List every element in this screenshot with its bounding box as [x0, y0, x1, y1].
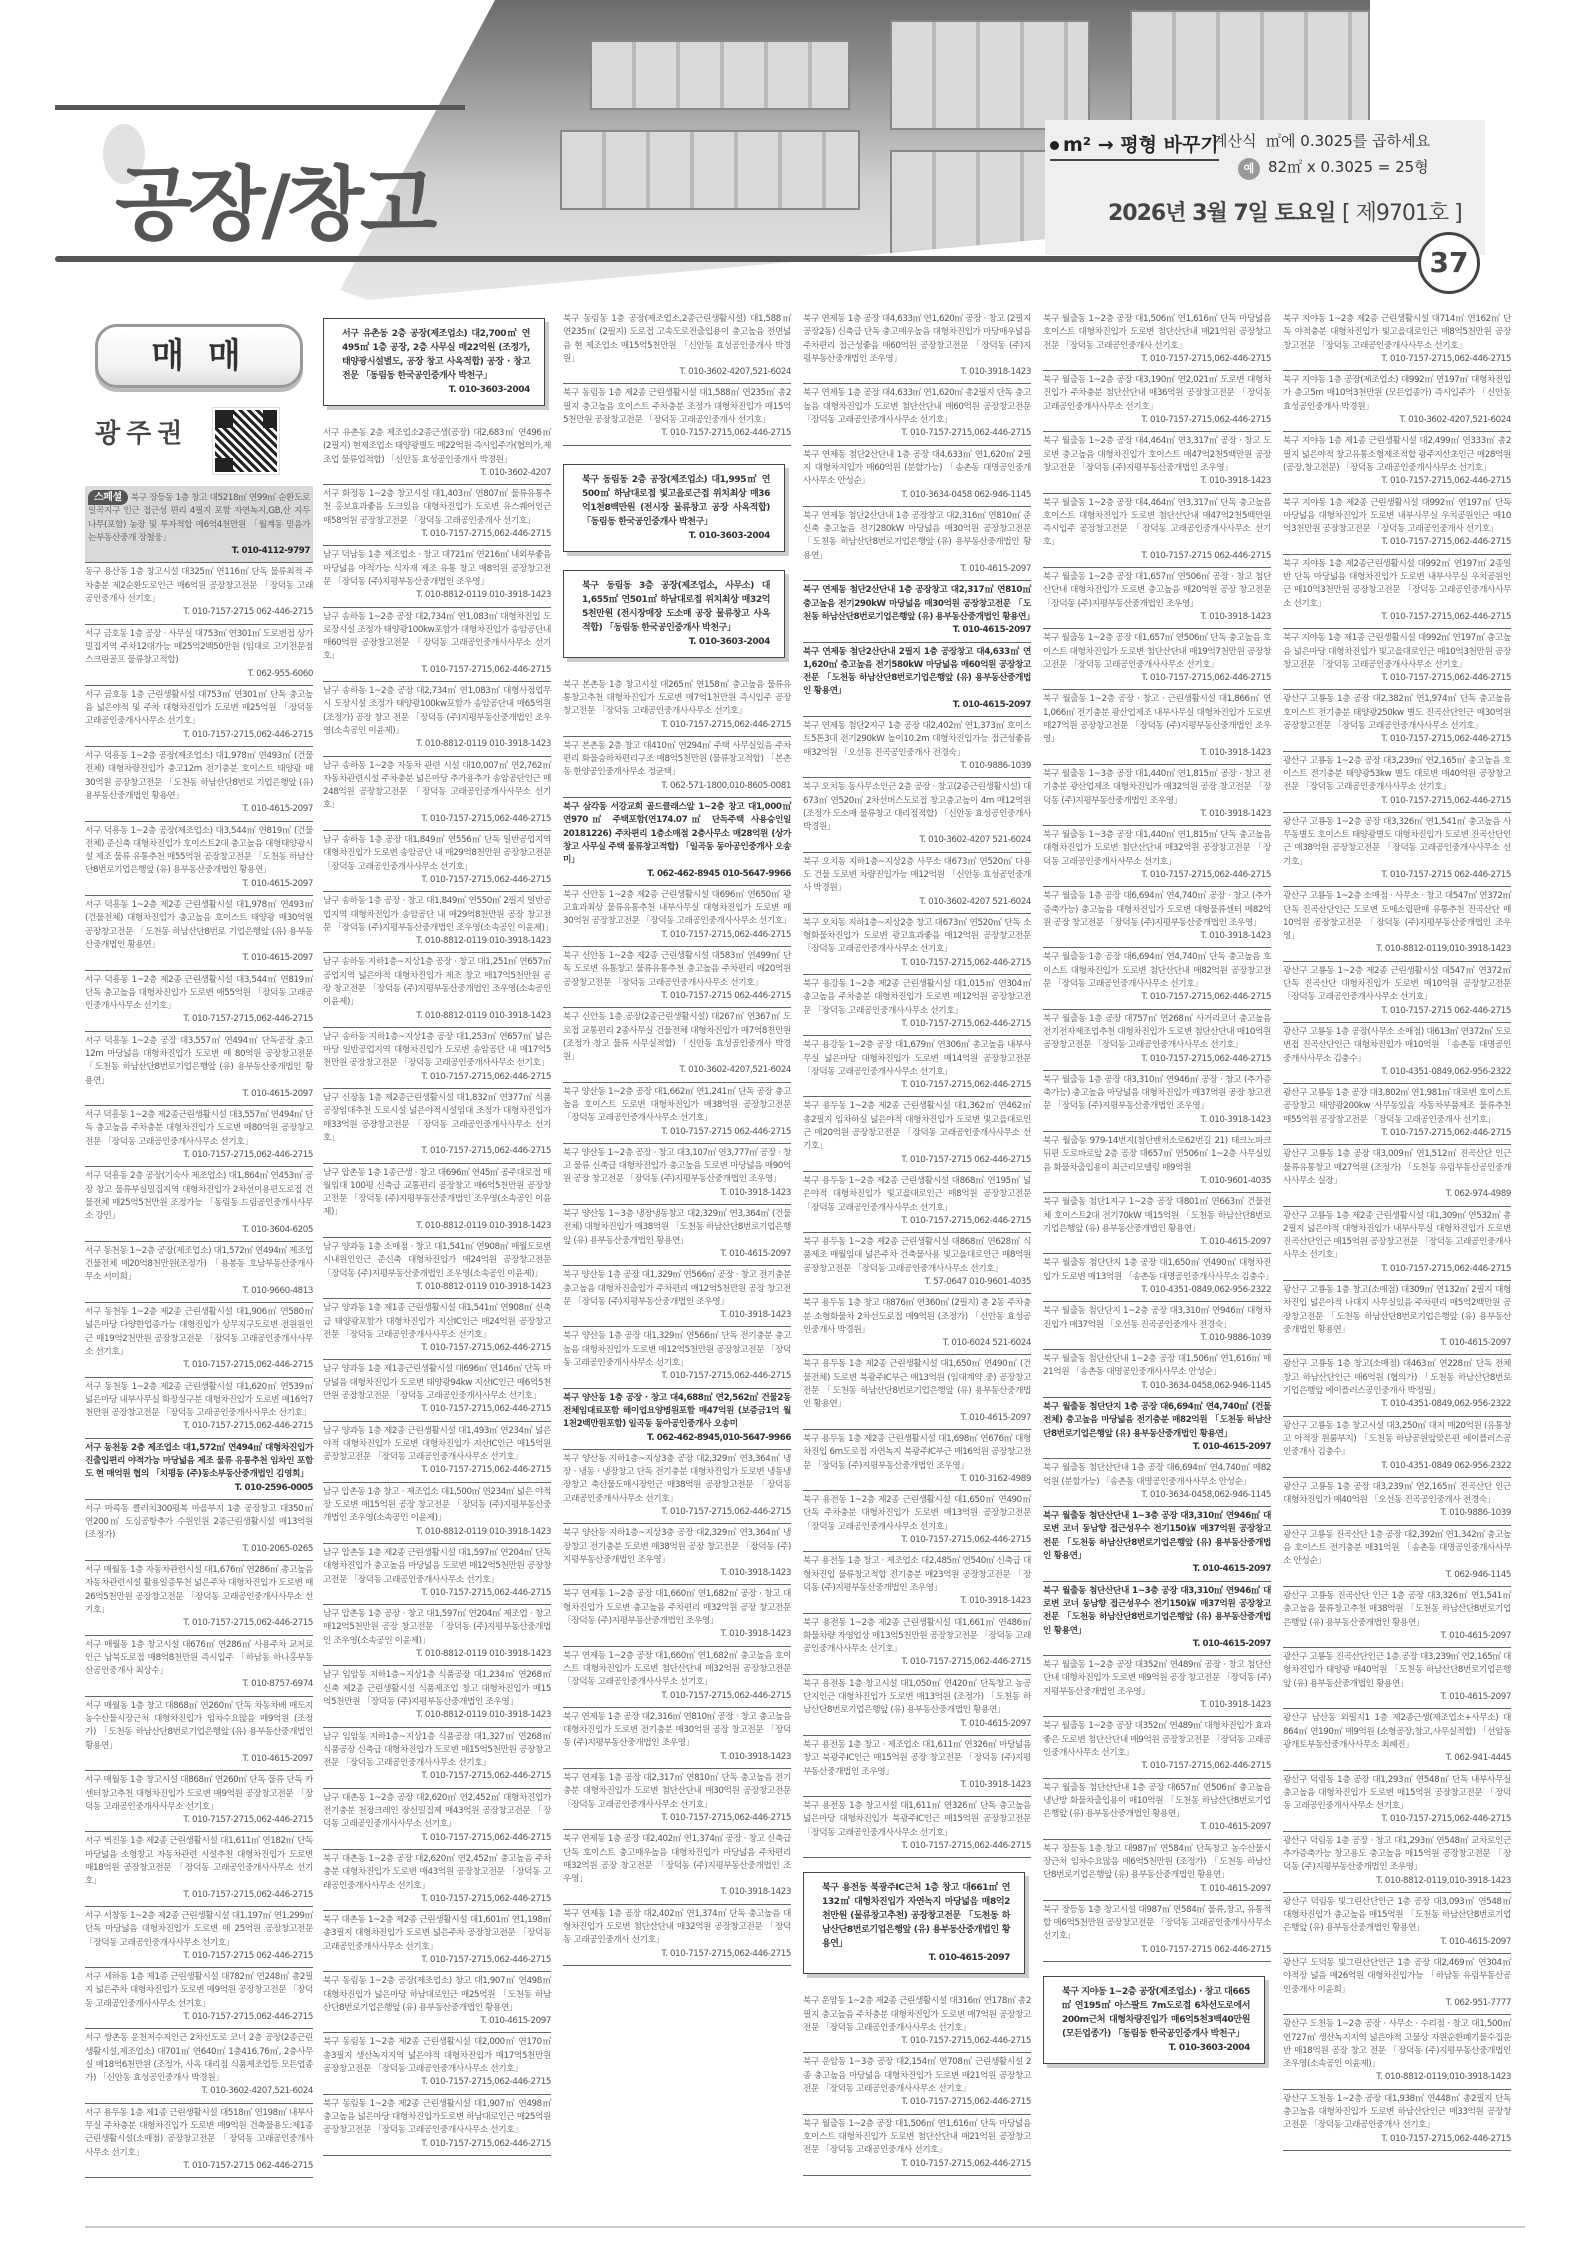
phone-number: T. 062-571-1800,010-8605-0081	[563, 780, 791, 793]
phone-number: T. 010-7157-2715,062-446-2715	[1283, 733, 1511, 746]
listing-item: 북구 연제동 1층 공장 대2,402㎡ 연1,374㎡ 공장 · 창고 신축급…	[563, 1830, 791, 1904]
listing-item: 남구 압촌동 1층 창고 · 제조업소 대1,500㎡ 연234㎡ 넓은 야적장…	[323, 1483, 551, 1544]
listing-item: 서구 덕흥동 1~2층 공장(제조업소) 대3,544㎡ 연819㎡ (건물전체…	[85, 822, 313, 896]
listing-item: 광산구 고룡동 1층 공장 대3,802㎡ 연1,981㎡ 대로변 호이스트 공…	[1283, 1084, 1511, 1145]
phone-number: T. 010-3603-2004	[342, 383, 530, 397]
listing-item: 광산구 고룡동 1~2층 제2종 근린생활시설 대547㎡ 연372㎡ 단독 진…	[1283, 962, 1511, 1023]
listing-text: 광산구 도천동 1~2층 공장 대1,938㎡ 연448㎡ 총2필지 단독 충고…	[1283, 2094, 1511, 2131]
listing-text: 서구 매월동 1층 자동차관련시설 대1,676㎡ 연286㎡ 총고높음 자동차…	[85, 1565, 313, 1615]
phone-number: T. 010-9886-1039	[803, 760, 1031, 773]
listing-item: 광산구 고룡동 1~2층 공장 대3,239㎡ 연2,165㎡ 충고높음 호이스…	[1283, 752, 1511, 813]
featured-listing: 북구 지야동 1~2층 공장(제조업소) · 창고 대665㎡ 연195㎡ 아스…	[1043, 1976, 1265, 2064]
phone-number: T. 010-7157-2715 062-446-2715	[1283, 1005, 1511, 1018]
listing-item: 북구 동림동 1~2층 제2종 근린생활시설 대1,907㎡ 연498㎡ 충고높…	[323, 2095, 551, 2156]
phone-number: T. 010-7157-2715,062-446-2715	[1043, 991, 1271, 1004]
listing-text: 광산구 고룡동 1층 공장 대3,802㎡ 연1,981㎡ 대로변 호이스트 공…	[1283, 1088, 1511, 1125]
listing-text: 북구 연제동 1층 공장 대4,633㎡ 연1,620㎡ 총2필지 단독 충고높…	[803, 388, 1031, 425]
listing-item: 광산구 고룡동 1층 공장 대2,382㎡ 연1,974㎡ 단독 충고높음 호이…	[1283, 690, 1511, 751]
phone-number: T. 010-4615-2097	[1043, 1883, 1271, 1896]
phone-number: T. 010-7157-2715,062-446-2715	[1283, 795, 1511, 808]
listing-text: 북구 월출동 첨단산단내 1~3층 공장 대3,310㎡ 연946㎡ 대로변 코…	[1043, 1586, 1271, 1636]
listing-item: 광산구 고룡동 진곡산단 1층 공장 대2,392㎡ 연1,342㎡ 충고높음 …	[1283, 1526, 1511, 1587]
featured-listing: 서구 유촌동 2층 공장(제조업소) 대2,700㎡ 연495㎡ 1층 공장, …	[323, 318, 545, 406]
listing-text: 광산구 고룡동 1~2층 공장 대3,326㎡ 연1,541㎡ 충고높음 사무동…	[1283, 817, 1511, 867]
phone-number: T. 010-3162-4989	[803, 1473, 1031, 1486]
phone-number: T. 010-3602-4207,521-6024	[563, 1064, 791, 1077]
listing-text: 북구 용전동 1층 창고 · 제조업소 대1,611㎡ 연326㎡ 마당넓음 창…	[803, 1740, 1031, 1777]
phone-number: T. 062-941-4445	[1283, 1752, 1511, 1765]
phone-number: T. 010-7157-2715,062-446-2715	[563, 427, 791, 440]
listing-item: 북구 용전동 1층 창고시설 대1,050㎡ 연420㎡ 단독창고 농공단지인근…	[803, 1675, 1031, 1736]
phone-number: T. 010-3634-0458 062-946-1145	[803, 489, 1031, 502]
listing-text: 광산구 고룡동 1~2층 제2종 근린생활시설 대547㎡ 연372㎡ 단독 진…	[1283, 966, 1511, 1003]
listing-text: 북구 월출동 979-14번지(첨단벤처소로62번길 21) 태크노파크뒤편 도…	[1043, 1136, 1271, 1173]
page-bottom-rule	[85, 2226, 1525, 2228]
listing-text: 남구 송하동 지하1층~지상1층 공장 · 창고 대1,251㎡ 연657㎡ 공…	[323, 957, 551, 1007]
listing-text: 광산구 고룡동 1층 창고(소매점) 대463㎡ 연228㎡ 단독 전체 창고 …	[1283, 1359, 1511, 1396]
listing-item: 북구 용전동 1~2층 제2종 근린생활시설 대1,661㎡ 연486㎡ 화물차…	[803, 1614, 1031, 1675]
phone-number: T. 010-7157-2715,062-446-2715	[85, 1359, 313, 1372]
listing-item: 북구 용강동 1~2층 공장 대1,679㎡ 연306㎡ 총고높음 내부사무실 …	[803, 1036, 1031, 1097]
listing-item: 북구 본촌동 1층 창고시설 대265㎡ 연158㎡ 충고높음 물류유통창고추천…	[563, 676, 791, 737]
phone-number: T. 010-4615-2097	[1283, 1691, 1511, 1704]
phone-number: T. 010-8812-0119 010-3918-1423	[323, 1526, 551, 1539]
listing-text: 북구 장등동 1층 창고시설 대987㎡ 연584㎡ 물류,창고, 유통적합 매…	[1043, 1905, 1271, 1942]
listing-item: 북구 월출동 1~2층 공장 대352㎡ 연489㎡ 공장 · 창고 첨단산단내…	[1043, 1656, 1271, 1717]
listing-text: 광산구 고룡동 1~2층 공장 대3,239㎡ 연2,165㎡ 충고높음 호이스…	[1283, 756, 1511, 793]
phone-number: T. 010-3602-4207,521-6024	[1283, 414, 1511, 427]
phone-number: T. 57-0647 010-9601-4035	[803, 1276, 1031, 1289]
phone-number: T. 010-7157-2715 062-446-2715	[803, 1154, 1031, 1167]
listing-text: 북구 용전동 1층 창고시설 대1,050㎡ 연420㎡ 단독창고 농공단지인근…	[803, 1679, 1031, 1716]
listing-text: 서구 덕흥동 2층 공장(기숙사 제조업소) 대1,864㎡ 연453㎡ 공장 …	[85, 1171, 313, 1221]
phone-number: T. 010-9601-4035	[1043, 1175, 1271, 1188]
listing-item: 북구 월출동 첨단단지 1층 공장 대6,694㎡ 연4,740㎡ (건물전체)…	[1043, 1398, 1271, 1459]
listing-item: 북구 신안동 1~2층 제2종 근린생활시설 대583㎡ 연499㎡ 단독 도로…	[563, 947, 791, 1008]
listing-item: 남구 양과동 1층 제1종근린생활시설 대696㎡ 연146㎡ 단독 마당넓음 …	[323, 1360, 551, 1421]
listing-item: 북구 지야동 1~2층 제2종 근린생활시설 대714㎡ 연162㎡ 단독 야적…	[1283, 310, 1511, 371]
phone-number: T. 010-7157-2715,062-446-2715	[803, 1656, 1031, 1669]
listing-item: 북구 대촌동 1~2층 제2종 근린생활시설 대1,601㎡ 연1,198㎡ 총…	[323, 1911, 551, 1972]
phone-number: T. 010-3918-1423	[1043, 475, 1271, 488]
listing-text: 서구 덕흥동 1~2층 공장(제조업소) 대1,978㎡ 연493㎡ (건물전체…	[85, 751, 313, 801]
phone-number: T. 010-3603-2004	[582, 529, 770, 543]
phone-number: T. 010-8812-0119 010-3918-1423	[323, 589, 551, 602]
listing-text: 서구 매월동 1층 창고시설 대868㎡ 연260㎡ 단독 물류 단독 카센터창…	[85, 1775, 313, 1812]
listing-text: 북구 월출동 1층 공장 대3,310㎡ 연946㎡ 공장 · 창고 (추가증축…	[1043, 1075, 1271, 1112]
listing-item: 광산구 고룡동 진곡산단인근 1층 공장 대3,239㎡ 연2,165㎡ 대형차…	[1283, 1648, 1511, 1709]
listing-item: 광산구 남산동 외필지1 1층 제2종근생(제조업소+사무소) 대864㎡ 연1…	[1283, 1709, 1511, 1770]
phone-number: T. 010-3918-1423	[1043, 1114, 1271, 1127]
listing-text: 남구 압촌동 1층 창고 · 제조업소 대1,500㎡ 연234㎡ 넓은 야적장…	[323, 1487, 551, 1524]
listing-text: 남구 양과동 1층 제2종 근린생활시설 대1,493㎡ 연234㎡ 넓은야적 …	[323, 1426, 551, 1463]
listing-item: 광산구 고룡동 1층 공장 대3,009㎡ 연1,512㎡ 진곡산단 인근 물류…	[1283, 1145, 1511, 1206]
listing-text: 남구 압촌동 1층 제2종 근린생활시설 대1,597㎡ 연204㎡ 단독 대형…	[323, 1548, 551, 1585]
qr-code-icon[interactable]	[213, 408, 279, 474]
phone-number: T. 010-7157-2715,062-446-2715	[803, 2035, 1031, 2048]
phone-number: T. 010-3602-4207	[323, 467, 551, 480]
listing-text: 서구 금호동 1층 공장 · 사무실 대753㎡ 연301㎡ 도로변접 상가밀집…	[85, 629, 313, 666]
listing-item: 북구 연제동 1층 공장 대2,402㎡ 연1,374㎡ 단독 충고높음 대형차…	[563, 1905, 791, 1966]
phone-number: T. 062-955-6060	[85, 668, 313, 681]
listing-item: 북구 지야동 1층 제1종 근린생활시설 대2,499㎡ 연333㎡ 총2필지 …	[1283, 432, 1511, 493]
phone-number: T. 010-3918-1423	[1043, 808, 1271, 821]
listing-text: 남구 송하동 1층 공장 · 창고 대1,849㎡ 연550㎡ 2필지 일반공업…	[323, 896, 553, 933]
listing-item: 북구 운암동 1~2층 제2종 근린생활시설 대316㎡ 연178㎡ 총2필지 …	[803, 1992, 1031, 2053]
listing-text: 북구 연제동 첨단2산단내 1층 공장창고 대2,317㎡ 연810㎡ 충고높음…	[803, 585, 1034, 622]
phone-number: T. 010-4615-2097	[803, 1718, 1031, 1731]
listing-item: 북구 월출동 1층 공장 대6,694㎡ 연4,740㎡ 단독 충고높음 호이스…	[1043, 948, 1271, 1009]
listing-item: 북구 월출동 1~2층 공장 대1,657㎡ 연506㎡ 공장 · 창고 첨단산…	[1043, 568, 1271, 629]
phone-number: T. 010-7157-2715,062-446-2715	[85, 2011, 313, 2024]
listing-text: 북구 양산동 1층 공장 대1,329㎡ 연566㎡ 공장 · 창고 전기충분 …	[563, 1270, 791, 1307]
phone-number: T. 010-7157-2715,062-446-2715	[563, 719, 791, 732]
listing-text: 서구 동천동 1~2층 공장(제조업소) 대1,572㎡ 연494㎡ 제조업 건…	[85, 1246, 313, 1283]
listing-item: 서구 덕흥동 1~2층 제2종 근린생활시설 대3,544㎡ 연819㎡ 단독 …	[85, 971, 313, 1032]
phone-number: T. 010-8812-0119,010-3918-1423	[1283, 1875, 1511, 1888]
listing-item: 서구 덕흥동 2층 공장(기숙사 제조업소) 대1,864㎡ 연453㎡ 공장 …	[85, 1167, 313, 1241]
listing-text: 서구 유촌동 2층 제조업소2종근생(공장) 대2,683㎡ 연496㎡ (2필…	[323, 428, 551, 465]
listing-item: 광산구 고룡동 1층 창고(소매점) 대463㎡ 연228㎡ 단독 전체 창고 …	[1283, 1355, 1511, 1416]
issue-date: 2026년 3월 7일 토요일 [ 제9701호 ]	[1108, 196, 1462, 227]
phone-number: T. 010-4615-2097	[1043, 1821, 1271, 1834]
listing-text: 광산구 덕림동 빛그린산단인근 1층 공장 대3,093㎡ 연548㎡ 대형차진…	[1283, 1897, 1511, 1934]
listing-item: 서구 쌍촌동 운천저수지인근 2차선도로 코너 2층 공장(2종근린생활시설,제…	[85, 2029, 313, 2103]
listing-text: 북구 용두동 1~2층 제2종 근린생활시설 대868㎡ 연195㎡ 넓은야적 …	[803, 1176, 1031, 1213]
phone-number: T. 010-7157-2715,062-446-2715	[323, 813, 551, 826]
listing-text: 광산구 고룡동 진곡산단인근 1층 공장 대3,239㎡ 연2,165㎡ 대형차…	[1283, 1652, 1511, 1689]
listing-text: 북구 연제동 1층 공장 대2,402㎡ 연1,374㎡ 단독 충고높음 대형차…	[563, 1909, 791, 1946]
phone-number: T. 010-7157-2715,062-446-2715	[1283, 353, 1511, 366]
listing-item: 북구 월출동 첨단산단내 1~3층 공장 대3,310㎡ 연946㎡ 대로변 코…	[1043, 1507, 1271, 1581]
phone-number: T. 010-3602-4207 521-6024	[803, 834, 1031, 847]
phone-number: T. 010-9886-1039	[1043, 1332, 1271, 1345]
listing-text: 광산구 고룡동 1층 공장(사무소 소매점) 대613㎡ 연372㎡ 도로변접 …	[1283, 1027, 1511, 1064]
listing-text: 서구 마륵동 클러치300평복 마을부지 1층 공장창고 대350㎡ 연200㎡…	[85, 1504, 313, 1541]
listing-text: 남구 대촌동 1~2층 공장 대2,620㎡ 연2,452㎡ 대형차진입가 전기…	[323, 1793, 551, 1830]
listing-text: 북구 월출동 1~2층 공장 · 창고 · 근린생활시설 대1,866㎡ 연1,…	[1043, 694, 1271, 744]
listing-item: 북구 월출동 첨단단지 1층 공장 대1,650㎡ 연490㎡ 대형차진입가 도…	[1043, 1254, 1271, 1302]
column-5: 북구 월출동 1~2층 공장 대1,506㎡ 연1,616㎡ 단독 마당넓음 호…	[1043, 310, 1271, 2082]
phone-number: T. 010-4615-2097	[803, 624, 1031, 637]
phone-number: T. 010-7157-2715,062-446-2715	[1043, 414, 1271, 427]
listing-item: 남구 양과동 1층 제2종 근린생활시설 대1,493㎡ 연234㎡ 넓은야적 …	[323, 1422, 551, 1483]
phone-number: T. 010-7157-2715,062-446-2715	[563, 929, 791, 942]
listing-item: 남구 송하동 1~2층 공장 대2,734㎡ 연1,083㎡ 대형사정업무시 도…	[323, 682, 551, 756]
listing-text: 서구 서창동 1~2층 제2종 근린생활시설 대1,197㎡ 연1,299㎡ 단…	[85, 1911, 313, 1948]
phone-number: T. 010-7157-2715,062-446-2715	[323, 1145, 551, 1158]
listing-item: 광산구 도천동 1~2층 공장 대1,938㎡ 연448㎡ 총2필지 단독 충고…	[1283, 2090, 1511, 2151]
column-4: 북구 연제동 1층 공장 대4,633㎡ 연1,620㎡ 공장 · 창고 (2필…	[803, 310, 1031, 2176]
listing-text: 북구 월출동 1~2층 공장 대1,506㎡ 연1,616㎡ 단독 마당넓음 호…	[803, 2119, 1031, 2156]
phone-number: T. 010-9886-1039	[1283, 1507, 1511, 1520]
phone-number: T. 010-4615-2097	[1283, 1936, 1511, 1949]
listing-item: 북구 장등동 1층 창고 대987㎡ 연584㎡ 단독창고 농수산물시장근처 임…	[1043, 1840, 1271, 1901]
phone-number: T. 010-3634-0458,062-946-1145	[1043, 1489, 1271, 1502]
phone-number: T. 010-6024 521-6024	[803, 1337, 1031, 1350]
listing-item: 서구 매월동 1층 자동차관련시설 대1,676㎡ 연286㎡ 총고높음 자동차…	[85, 1561, 313, 1635]
listing-text: 북구 용두동 1층 제2종 근린생활시설 대1,650㎡ 연490㎡ (건물전체…	[803, 1359, 1031, 1409]
phone-number: T. 062-951-7777	[1283, 1997, 1511, 2010]
special-badge: 스페셜	[88, 490, 128, 505]
listing-item: 남구 양과동 1층 소매점 · 창고 대1,541㎡ 연908㎡ 매월도로변 시…	[323, 1238, 551, 1299]
listing-text: 북구 용전동 1~2층 제2종 근린생활시설 대1,661㎡ 연486㎡ 화물차…	[803, 1618, 1031, 1655]
listing-text: 광산구 고룡동 1층 공장 대3,239㎡ 연2,165㎡ 진곡산단 인근 대형…	[1283, 1482, 1511, 1505]
phone-number: T. 010-3603-2004	[1062, 2041, 1250, 2055]
phone-number: T. 010-7157-2715,062-446-2715	[85, 1420, 313, 1433]
listing-text: 서구 동천동 1~2층 제2종 근린생활시설 대1,906㎡ 연580㎡ 넓은마…	[85, 1307, 313, 1357]
phone-number: T. 010-3918-1423	[563, 1751, 791, 1764]
phone-number: T. 010-7157-2715 062-446-2715	[1043, 1944, 1271, 1957]
phone-number: T. 010-7157-2715,062-446-2715	[1283, 2133, 1511, 2146]
listing-item: 서구 금호동 1층 근린생활시설 대753㎡ 연301㎡ 단독 충고높음 넓은야…	[85, 686, 313, 747]
region-name: 광주권	[95, 428, 188, 441]
listing-text: 북구 월출동 첨단단지 1층 공장 대1,650㎡ 연490㎡ 대형차진입가 도…	[1043, 1258, 1273, 1281]
listing-item: 북구 월출동 1~2층 공장 대1,657㎡ 연506㎡ 단독 충고높음 호이스…	[1043, 629, 1271, 690]
phone-number: T. 010-7157-2715,062-446-2715	[323, 528, 551, 541]
listing-text: 북구 운암동 1~2층 제2종 근린생활시설 대316㎡ 연178㎡ 총2필지 …	[803, 1996, 1031, 2033]
listing-item: 북구 연제동 첨단2지구 1층 공장 대2,402㎡ 연1,373㎡ 호이스트5…	[803, 717, 1031, 778]
listing-text: 북구 월출동 1~2층 공장 대1,506㎡ 연1,616㎡ 단독 마당넓음 호…	[1043, 314, 1271, 351]
phone-number: T. 010-4351-0849 062-956-2322	[1283, 1460, 1511, 1473]
listing-text: 남구 압촌동 1층 1종근생 · 창고 대696㎡ 연45㎡ 공주대로접 매월임…	[323, 1168, 551, 1218]
listings-area: 매 매 광주권 스페셜북구 장등동 1층 창고 대5218㎡ 연99㎡ 순환도로…	[85, 310, 1525, 2220]
phone-number: T. 010-7157-2715,062-446-2715	[85, 1617, 313, 1630]
listing-group: 서구 유촌동 2층 제조업소2종근생(공장) 대2,683㎡ 연496㎡ (2필…	[323, 424, 551, 2156]
listing-item: 북구 양산동 지하1층~지상3층 공장 대2,329㎡ 연3,364㎡ 냉장창고…	[563, 1524, 791, 1585]
listing-text: 광산구 고룡동 1~2층 소매점 · 사무소 · 창고 대547㎡ 연372㎡ …	[1283, 891, 1511, 941]
listing-item: 북구 지야동 1층 제2종근린생활시설 대992㎡ 연197㎡ 2종일반 단독 …	[1283, 555, 1511, 629]
phone-number: T. 010-4615-2097	[1043, 1638, 1271, 1651]
phone-number: T. 010-7157-2715,062-446-2715	[803, 2158, 1031, 2171]
phone-number: T. 010-7157-2715,062-446-2715	[85, 729, 313, 742]
listing-item: 북구 용전동 1층 창고 · 제조업소 대1,611㎡ 연326㎡ 마당넓음 창…	[803, 1736, 1031, 1797]
listing-item: 북구 월출동 1~2층 공장 대3,190㎡ 연2,021㎡ 도로변 대형차진입…	[1043, 371, 1271, 432]
listing-text: 북구 연제동 첨단2산단내 1층 공장창고 대2,316㎡ 연810㎡ 준신축 …	[803, 511, 1031, 561]
issue-number: [ 제9701호 ]	[1342, 201, 1462, 226]
phone-number: T. 010-8757-6974	[85, 1678, 313, 1691]
phone-number: T. 010-2596-0005	[85, 1482, 313, 1495]
listing-item: 북구 용두동 1~2층 제2종 근린생활시설 대868㎡ 연628㎡ 식품제조 …	[803, 1233, 1031, 1294]
featured-listing: 북구 동림동 3층 공장(제조업소, 사무소) 대1,655㎡ 연501㎡ 하남…	[563, 570, 785, 658]
phone-number: T. 010-7157-2715,062-446-2715	[85, 1013, 313, 1026]
phone-number: T. 010-3918-1423	[563, 1567, 791, 1580]
featured-listing: 북구 동림동 2층 공장(제조업소) 대1,995㎡ 연500㎡ 하남대로접 빛…	[563, 464, 785, 552]
phone-number: T. 010-4615-2097	[85, 803, 313, 816]
phone-number: T. 010-3918-1423	[803, 366, 1031, 379]
phone-number: T. 010-7157-2715 062-446-2715	[563, 1126, 791, 1139]
listing-item: 북구 연제동 1~2층 공장 대1,660㎡ 연1,682㎡ 충고높음 호이스트…	[563, 1647, 791, 1708]
listing-item: 광산구 덕림동 1층 공장 대1,293㎡ 연548㎡ 단독 내부사무실 충고높…	[1283, 1771, 1511, 1832]
phone-number: T. 010-4615-2097	[85, 952, 313, 965]
phone-number: T. 010-7157-2715,062-446-2715	[323, 1770, 551, 1783]
phone-number: T. 010-7157-2715,062-446-2715	[323, 1954, 551, 1967]
listing-text: 북구 월출동 첨단단지 1층 공장 대6,694㎡ 연4,740㎡ (건물전체)…	[1043, 1402, 1271, 1439]
listing-item: 광산구 고룡동 1층 창고시설 대3,250㎡ 대지 매20억원 (유통창고 아…	[1283, 1417, 1511, 1478]
listing-item: 북구 연제동 첨단2산단내 1층 공장창고 대2,316㎡ 연810㎡ 준신축 …	[803, 507, 1031, 581]
listing-item: 북구 대촌동 1~2층 공장 대2,620㎡ 연2,452㎡ 충고높음 주차충분…	[323, 1850, 551, 1911]
listing-text: 북구 월출동 첨단산단내 1층 공장 대657㎡ 연506㎡ 충고높음 냉난방 …	[1043, 1783, 1271, 1820]
phone-number: T. 010-7157-2715,062-446-2715	[563, 1948, 791, 1961]
phone-number: T. 010-4615-2097	[822, 1951, 1010, 1965]
listing-text: 북구 월출동 1~2층 공장 대352㎡ 연489㎡ 공장 · 창고 첨단산단내…	[1043, 1660, 1271, 1697]
featured-listing: 북구 용전동 북광주IC근처 1층 창고 대661㎡ 연132㎡ 대형차진입가 …	[803, 1872, 1025, 1974]
listing-text: 서구 동천동 1~2층 제2종 근린생활시설 대1,620㎡ 연539㎡ 넓은마…	[85, 1382, 313, 1419]
listing-text: 서구 동천동 2층 제조업소 대1,572㎡ 연494㎡ 대형차진입가 진출입편…	[85, 1443, 313, 1480]
example-badge-icon: 예	[1238, 158, 1260, 180]
phone-number: T. 010-8812-0119 010-3918-1423	[323, 1709, 551, 1722]
listing-text: 북구 오치동 지하1층~지상2층 사무소 대673㎡ 연520㎡ 다용도 건물 …	[803, 857, 1031, 894]
listing-text: 북구 용두동 1~2층 제2종 근린생활시설 대868㎡ 연628㎡ 식품제조 …	[803, 1237, 1031, 1274]
listing-item: 북구 양산동 1층 공장 대1,329㎡ 연566㎡ 공장 · 창고 전기충분 …	[563, 1266, 791, 1327]
listing-item: 북구 월출동 첨단단지 1~2층 공장 대3,310㎡ 연946㎡ 대형차진입가…	[1043, 1302, 1271, 1350]
phone-number: T. 010-7157-2715,062-446-2715	[803, 1215, 1031, 1228]
listing-item: 서구 세하동 1층 제1종 근린생활시설 대782㎡ 연248㎡ 총2필지 넓은…	[85, 1968, 313, 2029]
listing-text: 북구 연제동 첨단2지구 1층 공장 대2,402㎡ 연1,373㎡ 호이스트5…	[803, 721, 1031, 758]
listing-item: 광산구 고룡동 1층 공장(사무소 소매점) 대613㎡ 연372㎡ 도로변접 …	[1283, 1023, 1511, 1084]
phone-number: T. 010-4615-2097	[563, 1248, 791, 1261]
listing-text: 북구 오치동 지하1층~지상2층 창고 대673㎡ 연520㎡ 단독 소형화물차…	[803, 918, 1031, 955]
phone-number: T. 010-7157-2715,062-446-2715	[1043, 1053, 1271, 1066]
sale-category-label: 매 매	[95, 324, 303, 388]
phone-number: T. 010-3602-4207 521-6024	[803, 896, 1031, 909]
phone-number: T. 010-8812-0119 010-3918-1423	[323, 1010, 551, 1023]
listing-text: 서구 쌍촌동 운천저수지인근 2차선도로 코너 2층 공장(2종근린생활시설,제…	[85, 2033, 313, 2083]
listing-text: 남구 압촌동 1층 공장 · 창고 대1,597㎡ 연204㎡ 제조업 · 창고…	[323, 1609, 551, 1646]
listing-item: 북구 장등동 1층 창고시설 대987㎡ 연584㎡ 물류,창고, 유통적합 매…	[1043, 1901, 1271, 1962]
listing-text: 북구 월출동 첨단단지 1~2층 공장 대3,310㎡ 연946㎡ 대형차진입가…	[1043, 1306, 1271, 1329]
listing-text: 북구 지야동 1층 제2종 근린생활시설 대992㎡ 연197㎡ 단독 마당넓음…	[1283, 498, 1511, 535]
listing-item: 서구 벽진동 1층 제2종 근린생활시설 대1,611㎡ 연182㎡ 단독 마당…	[85, 1832, 313, 1906]
listing-text: 광산구 도덕동 빛그린산단인근 1층 공장 대2,469㎡ 연304㎡ 야적장 …	[1283, 1958, 1511, 1995]
listing-item: 북구 월출동 1~3층 공장 대1,440㎡ 연1,815㎡ 공장 · 창고 전…	[1043, 765, 1271, 826]
listing-item: 광산구 고룡동 진곡산단 인근 1층 공장 대3,326㎡ 연1,541㎡ 충고…	[1283, 1587, 1511, 1648]
listing-text: 북구 연제동 첨단2산단내 1층 공장 대4,633㎡ 연1,620㎡ 2필지 …	[803, 450, 1031, 487]
listing-item: 서구 화정동 1~2층 창고시설 대1,403㎡ 연807㎡ 물류유통추천 홍보…	[323, 485, 551, 546]
phone-number: T. 010-7157-2715,062-446-2715	[803, 2096, 1031, 2109]
listing-text: 북구 장등동 1층 창고 대987㎡ 연584㎡ 단독창고 농수산물시장근처 임…	[1043, 1844, 1271, 1881]
listing-text: 북구 신안동 1~2층 제2종 근린생활시설 대583㎡ 연499㎡ 단독 도로…	[563, 951, 791, 988]
phone-number: T. 010-8812-0119,010-3918-1423	[1283, 2071, 1511, 2084]
section-title: 공장/창고	[115, 140, 433, 255]
listing-item: 북구 동림동 1층 공장(제조업소,2종근린생활시설) 대1,588㎡ 연235…	[563, 310, 791, 384]
listing-item: 북구 용두동 1층 창고 대876㎡ 연360㎡ (2필지) 총 2동 주차충분…	[803, 1294, 1031, 1355]
listing-item: 북구 월출동 979-14번지(첨단벤처소로62번길 21) 태크노파크뒤편 도…	[1043, 1132, 1271, 1193]
listing-item: 서구 매월동 1층 창고 대868㎡ 연260㎡ 단독 차동차배 매도지 농수산…	[85, 1697, 313, 1771]
conversion-example: 예82㎡ x 0.3025 = 25형	[1238, 156, 1429, 180]
listing-text: 북구 월출동 1~2층 공장 대4,464㎡ 연3,317㎡ 단독 충고높음 호…	[1043, 498, 1271, 548]
listing-text: 북구 연제동 첨단2산단내 2필지 1층 공장창고 대4,633㎡ 연1,620…	[803, 647, 1031, 697]
phone-number: T. 010-8812-0119 010-3918-1423	[323, 1648, 551, 1661]
listing-item: 북구 양산동 1층 공장 · 창고 대4,688㎡ 연2,562㎡ 건물2동 전…	[563, 1389, 791, 1450]
listing-text: 북구 월출동 1~2층 공장 대3,190㎡ 연2,021㎡ 도로변 대형차진입…	[1043, 375, 1271, 412]
listing-item: 북구 연제동 첨단2산단내 2필지 1층 공장창고 대4,633㎡ 연1,620…	[803, 643, 1031, 717]
phone-number: T. 010-7157-2715,062-446-2715	[323, 1403, 551, 1416]
phone-number: T. 010-4615-2097	[803, 563, 1031, 576]
listing-text: 북구 양산동 지하1층~지상3층 공장 대2,329㎡ 연3,364㎡ 냉장창고…	[563, 1528, 791, 1565]
listing-item: 북구 월출동 첨단산단내 1~2층 공장 대1,506㎡ 연1,616㎡ 매21…	[1043, 1350, 1271, 1398]
listing-item: 북구 양산동 1층 공장 대1,329㎡ 연566㎡ 단독 전기충분 충고높음 …	[563, 1327, 791, 1388]
phone-number: T. 010-7157-2715,062-446-2715	[323, 1832, 551, 1845]
listing-text: 북구 본촌동 2층 창고 대410㎡ 연294㎡ 주택 사무실있음 주차편리 화…	[563, 741, 791, 778]
listing-text: 북구 동림동 1~2층 제2종 근린생활시설 대2,000㎡ 연170㎡ 총3필…	[323, 2037, 551, 2074]
listing-item: 남구 압촌동 1층 공장 · 창고 대1,597㎡ 연204㎡ 제조업 · 창고…	[323, 1605, 551, 1666]
listing-text: 북구 연제동 1층 공장 대2,317㎡ 연810㎡ 단독 충고높음 전기충분 …	[563, 1773, 791, 1810]
phone-number: T. 010-2065-0265	[85, 1543, 313, 1556]
phone-number: T. 010-4615-2097	[1043, 1441, 1271, 1454]
listing-item: 북구 오치동 지하1층~지상2층 사무소 대673㎡ 연520㎡ 다용도 건물 …	[803, 853, 1031, 914]
listing-item: 북구 월출동 1~3층 공장 대1,440㎡ 연1,815㎡ 단독 충고높음 대…	[1043, 826, 1271, 887]
listing-text: 북구 양산동 1~3층 냉장냉동창고 대2,329㎡ 연3,364㎡ (건물전체…	[563, 1209, 791, 1246]
listing-text: 광산구 고룡동 1층 공장 대3,009㎡ 연1,512㎡ 진곡산단 인근 물류…	[1283, 1149, 1511, 1186]
listing-text: 북구 용전동 1층 창고 · 제조업소 대2,485㎡ 연540㎡ 신축급 대형…	[803, 1556, 1031, 1593]
phone-number: T. 010-4615-2097	[803, 1412, 1031, 1425]
listing-text: 북구 연제동 1~2층 공장 대1,660㎡ 연1,682㎡ 공장 · 창고 대…	[563, 1589, 791, 1626]
listing-text: 남구 양과동 1층 소매점 · 창고 대1,541㎡ 연908㎡ 매월도로변 시…	[323, 1242, 551, 1279]
phone-number: T. 010-7157-2715,062-446-2715	[563, 1812, 791, 1825]
listing-group: 북구 본촌동 1층 창고시설 대265㎡ 연158㎡ 충고높음 물류유통창고추천…	[563, 676, 791, 1966]
listing-text: 광산구 남산동 외필지1 1층 제2종근생(제조업소+사무소) 대864㎡ 연1…	[1283, 1713, 1511, 1750]
phone-number: T. 010-4351-0849,062-956-2322	[1283, 1066, 1511, 1079]
phone-number: T. 010-7157-2715,062-446-2715	[323, 664, 551, 677]
listing-text: 북구 월출동 1~2층 공장 대1,657㎡ 연506㎡ 공장 · 창고 첨단산…	[1043, 572, 1271, 609]
listing-item: 북구 월출동 1층 공장 대757㎡ 연268㎡ 사거리코너 충고높음 전기전자…	[1043, 1010, 1271, 1071]
phone-number: T. 010-4615-2097	[1283, 1630, 1511, 1643]
listing-text: 북구 신안동 1~2층 제2종 근린생활시설 대696㎡ 연650㎡ 광고효과최…	[563, 890, 791, 927]
listing-text: 북구 양산동 1층 공장 · 창고 대4,688㎡ 연2,562㎡ 건물2동 전…	[563, 1393, 791, 1430]
listing-item: 북구 지야동 1층 제1종 근린생활시설 대992㎡ 연197㎡ 충고높음 넓은…	[1283, 629, 1511, 690]
phone-number: T. 010-7157-2715,062-446-2715	[803, 1840, 1031, 1853]
listing-text: 광산구 고룡동 1층 창고시설 대3,250㎡ 대지 매20억원 (유통창고 아…	[1283, 1421, 1511, 1458]
listing-item: 북구 연제동 1층 공장 대4,633㎡ 연1,620㎡ 공장 · 창고 (2필…	[803, 310, 1031, 384]
listing-text: 서구 덕흥동 1~2층 제2종 근린생활시설 대3,544㎡ 연819㎡ 단독 …	[85, 975, 313, 1012]
listing-text: 남구 송하동 1층 공장 대1,849㎡ 연556㎡ 단독 일반공업지역 대형차…	[323, 835, 551, 872]
phone-number: T. 010-3602-4207,521-6024	[85, 2085, 313, 2098]
listing-item: 서구 동천동 1~2층 제2종 근린생활시설 대1,620㎡ 연539㎡ 넓은마…	[85, 1378, 313, 1439]
listing-item: 북구 연제동 1층 공장 대2,316㎡ 연810㎡ 공장 · 창고 충고높음 …	[563, 1708, 791, 1769]
phone-number: T. 010-7157-2715 062-446-2715	[85, 1950, 313, 1963]
listing-text: 서구 금호동 1층 근린생활시설 대753㎡ 연301㎡ 단독 충고높음 넓은야…	[85, 690, 313, 727]
listing-item: 북구 동림동 1~2층 공장(제조업소) 창고 대1,907㎡ 연498㎡ 대형…	[323, 1972, 551, 2033]
column-1: 매 매 광주권 스페셜북구 장등동 1층 창고 대5218㎡ 연99㎡ 순환도로…	[85, 310, 313, 2178]
phone-number: T. 010-3603-2004	[582, 635, 770, 649]
listing-text: 북구 양산동 1~2층 공장 · 창고 대3,107㎡ 연3,777㎡ 공장 ·…	[563, 1148, 791, 1185]
listing-text: 광산구 고룡동 진곡산단 인근 1층 공장 대3,326㎡ 연1,541㎡ 충고…	[1283, 1591, 1511, 1628]
phone-number: T. 010-3918-1423	[803, 1595, 1031, 1608]
listing-item: 북구 용두동 1층 제2종 근린생활시설 대1,698㎡ 연676㎡ 대형차진입…	[803, 1430, 1031, 1491]
listing-item: 서구 매월동 1층 창고시설 대868㎡ 연260㎡ 단독 물류 단독 카센터창…	[85, 1771, 313, 1832]
listing-text: 남구 임암동 지하1층~지상1층 식품공장 대1,327㎡ 연268㎡ 식품공장…	[323, 1732, 551, 1769]
phone-number: T. 010-4351-0849,062-956-2322	[1043, 1284, 1271, 1297]
listing-group: 북구 월출동 1~2층 공장 대1,506㎡ 연1,616㎡ 단독 마당넓음 호…	[1043, 310, 1271, 1962]
listing-text: 북구 용전동 1층 창고시설 대1,611㎡ 연326㎡ 단독 충고높음 넓은마…	[803, 1801, 1031, 1838]
listing-item: 북구 지야동 1층 공장(제조업소) 대992㎡ 연197㎡ 대형차진입가 층고…	[1283, 371, 1511, 432]
phone-number: T. 010-8812-0119 010-3918-1423	[323, 1281, 551, 1294]
listing-item: 북구 양산동 1~3층 냉장냉동창고 대2,329㎡ 연3,364㎡ (건물전체…	[563, 1205, 791, 1266]
phone-number: T. 010-4615-2097	[85, 1753, 313, 1766]
listing-item: 북구 신안동 1층 공장(2종근린생활시설) 대267㎡ 연367㎡ 도로접 교…	[563, 1008, 791, 1082]
listing-text: 북구 동림동 1~2층 제2종 근린생활시설 대1,907㎡ 연498㎡ 충고높…	[323, 2099, 551, 2136]
listing-item: 서구 용두동 1층 제1종 근린생활시설 대518㎡ 연198㎡ 내부사무실 주…	[85, 2104, 313, 2178]
listing-text: 북구 월출동 첨단산단내 1~3층 공장 대3,310㎡ 연946㎡ 대로변 코…	[1043, 1511, 1271, 1561]
listing-item: 북구 연제동 첨단2산단내 1층 공장창고 대2,317㎡ 연810㎡ 충고높음…	[803, 581, 1031, 642]
listing-text: 남구 양과동 1층 제1종 근린생활시설 대1,541㎡ 연908㎡ 신축급 태…	[323, 1303, 551, 1340]
listing-item: 북구 월출동 1~2층 공장 대1,506㎡ 연1,616㎡ 단독 마당넓음 호…	[1043, 310, 1271, 371]
phone-number: T. 010-3918-1423	[1043, 1699, 1271, 1712]
listing-group: 북구 동림동 1층 공장(제조업소,2종근린생활시설) 대1,588㎡ 연235…	[563, 310, 791, 446]
listing-text: 북구 용전동 1~2층 제2종 근린생활시설 대1,650㎡ 연490㎡ 단독 …	[803, 1495, 1031, 1532]
page-number: 37	[1418, 232, 1480, 294]
